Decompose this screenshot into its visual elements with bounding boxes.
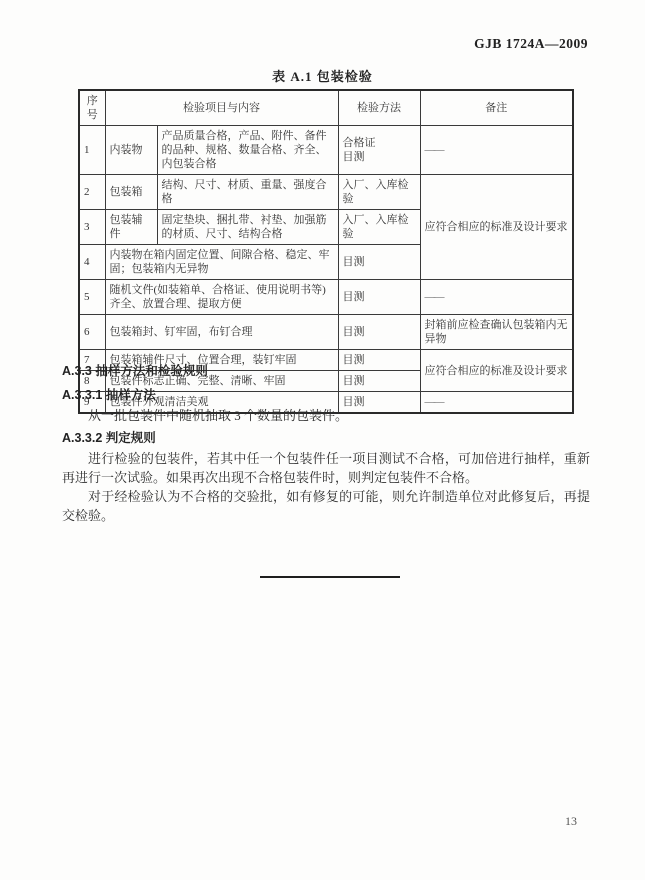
table-row: 5 随机文件(如装箱单、合格证、使用说明书等)齐全、放置合理、提取方便 目测 —…: [79, 280, 573, 315]
section-heading-a332: A.3.3.2 判定规则: [62, 428, 590, 449]
table-row: 1 内装物 产品质量合格，产品、附件、备件的品种、规格、数量合格、齐全、内包装合…: [79, 126, 573, 175]
cell-content: 包装箱封、钉牢固，布钉合理: [105, 315, 338, 350]
body-text: A.3.3 抽样方法和检验规则 A.3.3.1 抽样方法 从一批包装件中随机抽取…: [62, 358, 590, 525]
standard-number-header: GJB 1724A—2009: [474, 36, 588, 52]
section-heading-a331: A.3.3.1 抽样方法: [62, 385, 590, 406]
col-header-method: 检验方法: [338, 90, 420, 126]
cell-remark: ——: [420, 280, 573, 315]
table-row: 6 包装箱封、钉牢固，布钉合理 目测 封箱前应检查确认包装箱内无异物: [79, 315, 573, 350]
cell-category: 内装物: [105, 126, 157, 175]
cell-content: 内装物在箱内固定位置、间隙合格、稳定、牢固；包装箱内无异物: [105, 245, 338, 280]
cell-method: 入厂、入库检验: [338, 175, 420, 210]
cell-no: 5: [79, 280, 105, 315]
cell-content: 固定垫块、捆扎带、衬垫、加强筋的材质、尺寸、结构合格: [157, 210, 338, 245]
col-header-remark: 备注: [420, 90, 573, 126]
document-page: GJB 1724A—2009 表 A.1 包装检验 序号 检验项目与内容 检验方…: [0, 0, 645, 880]
table-title: 表 A.1 包装检验: [0, 66, 645, 85]
cell-no: 6: [79, 315, 105, 350]
cell-no: 4: [79, 245, 105, 280]
cell-method: 目测: [338, 315, 420, 350]
page-number: 13: [565, 814, 577, 829]
section-heading-a33: A.3.3 抽样方法和检验规则: [62, 361, 590, 382]
cell-method: 入厂、入库检验: [338, 210, 420, 245]
col-header-item: 检验项目与内容: [105, 90, 338, 126]
paragraph-judgement-2: 对于经检验认为不合格的交验批，如有修复的可能，则允许制造单位对此修复后，再提交检…: [62, 487, 590, 525]
cell-remark-merged: 应符合相应的标准及设计要求: [420, 175, 573, 280]
cell-no: 1: [79, 126, 105, 175]
cell-category: 包装辅件: [105, 210, 157, 245]
end-of-text-rule: [260, 576, 400, 578]
cell-no: 2: [79, 175, 105, 210]
cell-remark: ——: [420, 126, 573, 175]
col-header-no: 序号: [79, 90, 105, 126]
cell-no: 3: [79, 210, 105, 245]
cell-method: 目测: [338, 280, 420, 315]
cell-method: 合格证 目测: [338, 126, 420, 175]
table-header-row: 序号 检验项目与内容 检验方法 备注: [79, 90, 573, 126]
cell-content: 随机文件(如装箱单、合格证、使用说明书等)齐全、放置合理、提取方便: [105, 280, 338, 315]
paragraph-sampling: 从一批包装件中随机抽取 3 个数量的包装件。: [62, 406, 590, 425]
paragraph-judgement-1: 进行检验的包装件，若其中任一个包装件任一项目测试不合格，可加倍进行抽样，重新再进…: [62, 449, 590, 487]
cell-content: 产品质量合格，产品、附件、备件的品种、规格、数量合格、齐全、内包装合格: [157, 126, 338, 175]
cell-remark: 封箱前应检查确认包装箱内无异物: [420, 315, 573, 350]
table-row: 2 包装箱 结构、尺寸、材质、重量、强度合格 入厂、入库检验 应符合相应的标准及…: [79, 175, 573, 210]
cell-content: 结构、尺寸、材质、重量、强度合格: [157, 175, 338, 210]
cell-category: 包装箱: [105, 175, 157, 210]
cell-method: 目测: [338, 245, 420, 280]
